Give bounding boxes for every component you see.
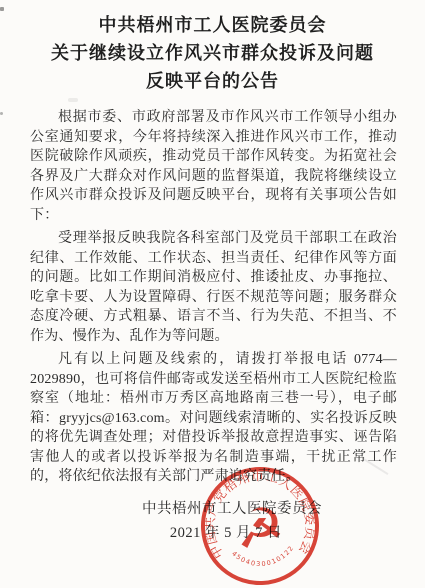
document-title: 中共梧州市工人医院委员会 关于继续设立作风兴市群众投诉及问题 反映平台的公告 [0,0,425,95]
seal-code-number: 4504030010122 [230,543,297,570]
title-line-2: 关于继续设立作风兴市群众投诉及问题 [0,39,425,67]
paragraph-contact: 凡有以上问题及线索的，请拨打举报电话 0774—2029890，也可将信件邮寄或… [30,350,397,487]
title-line-1: 中共梧州市工人医院委员会 [0,11,425,39]
issuer-signature: 中共梧州市工人医院委员会 [142,497,322,518]
scan-artifact [0,112,3,115]
document-body: 根据市委、市政府部署及市作风兴市工作领导小组办公室通知要求，今年将持续深入推进作… [30,108,397,487]
title-line-3: 反映平台的公告 [0,67,425,95]
paragraph-scope: 受理举报反映我院各科室部门及党员干部职工在政治纪律、工作效能、工作状态、担当责任… [30,229,397,346]
issue-date: 2021 年 5 月 7 日 [170,521,282,542]
scanned-notice-page: 中共梧州市工人医院委员会 关于继续设立作风兴市群众投诉及问题 反映平台的公告 根… [0,0,425,588]
paragraph-intro: 根据市委、市政府部署及市作风兴市工作领导小组办公室通知要求，今年将持续深入推进作… [30,108,397,225]
scan-artifact [68,98,78,102]
